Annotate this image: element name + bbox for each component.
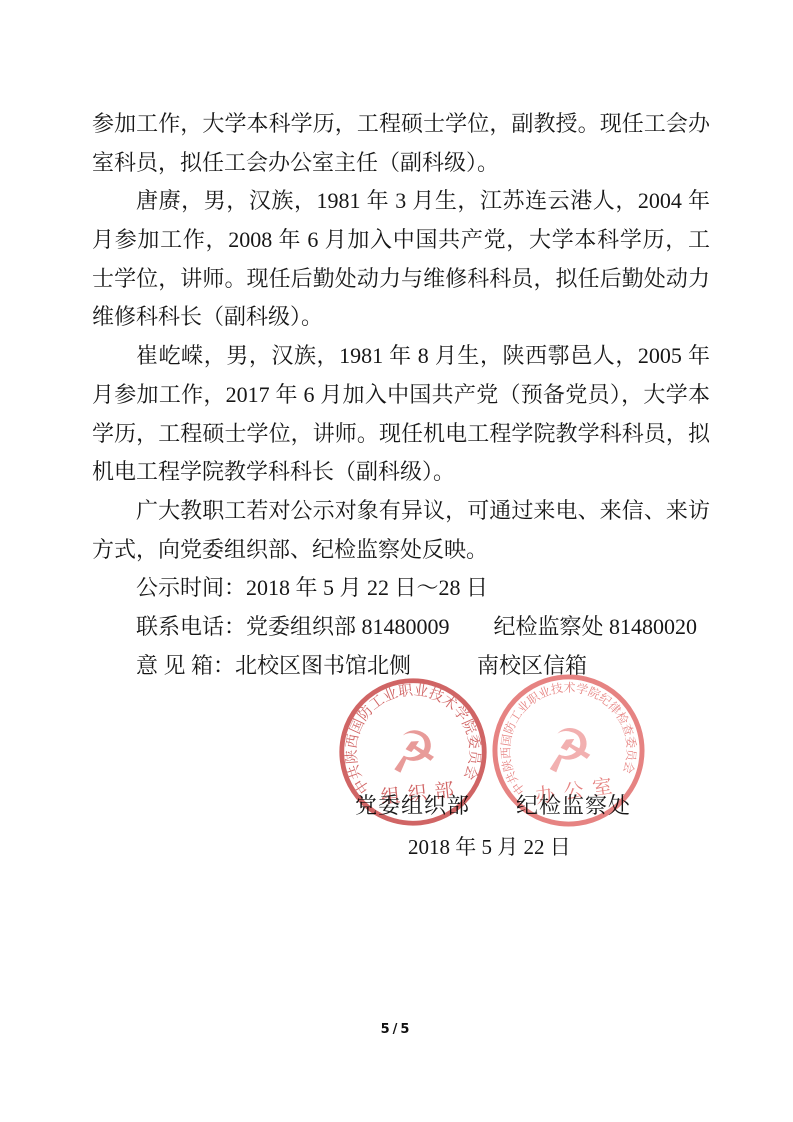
body-text-line: 月参加工作，2008 年 6 月加入中国共产党，大学本科学历，工程硕 (92, 221, 710, 260)
document-page: 参加工作，大学本科学历，工程硕士学位，副教授。现任工会办公 室科员，拟任工会办公… (0, 0, 793, 1122)
body-text-line: 室科员，拟任工会办公室主任（副科级）。 (92, 144, 710, 183)
body-text-line: 机电工程学院教学科科长（副科级）。 (92, 453, 710, 492)
page-number: 5/5 (0, 1022, 793, 1037)
body-text-line: 参加工作，大学本科学历，工程硕士学位，副教授。现任工会办公 (92, 105, 710, 144)
signature-date-line: 2018 年 5 月 22 日 (408, 835, 571, 859)
body-text-line: 唐赓，男，汉族，1981 年 3 月生，江苏连云港人，2004 年 7 (92, 182, 710, 221)
party-committee-organization-dept-seal: 中共陕西国防工业职业技术学院委员会 ☭ 组织部 (328, 667, 497, 836)
hammer-sickle-icon: ☭ (385, 718, 442, 788)
publicity-period-line: 公示时间：2018 年 5 月 22 日～28 日 (92, 569, 710, 608)
body-text-line: 广大教职工若对公示对象有异议，可通过来电、来信、来访等 (92, 492, 710, 531)
body-text-line: 学历，工程硕士学位，讲师。现任机电工程学院教学科科员，拟任 (92, 415, 710, 454)
body-text: 参加工作，大学本科学历，工程硕士学位，副教授。现任工会办公 室科员，拟任工会办公… (92, 105, 710, 685)
discipline-inspection-committee-office-seal: 中共陕西国防工业职业技术学院纪律检查委员会 ☭ 办公室 (479, 661, 659, 841)
body-text-line: 月参加工作，2017 年 6 月加入中国共产党（预备党员），大学本科 (92, 376, 710, 415)
body-text-line: 士学位，讲师。现任后勤处动力与维修科科员，拟任后勤处动力与 (92, 260, 710, 299)
body-text-line: 方式，向党委组织部、纪检监察处反映。 (92, 531, 710, 570)
contact-phone-line: 联系电话：党委组织部 81480009 纪检监察处 81480020 (92, 608, 710, 647)
body-text-line: 崔屹嵘，男，汉族，1981 年 8 月生，陕西鄠邑人，2005 年 7 (92, 337, 710, 376)
body-text-line: 维修科科长（副科级）。 (92, 298, 710, 337)
